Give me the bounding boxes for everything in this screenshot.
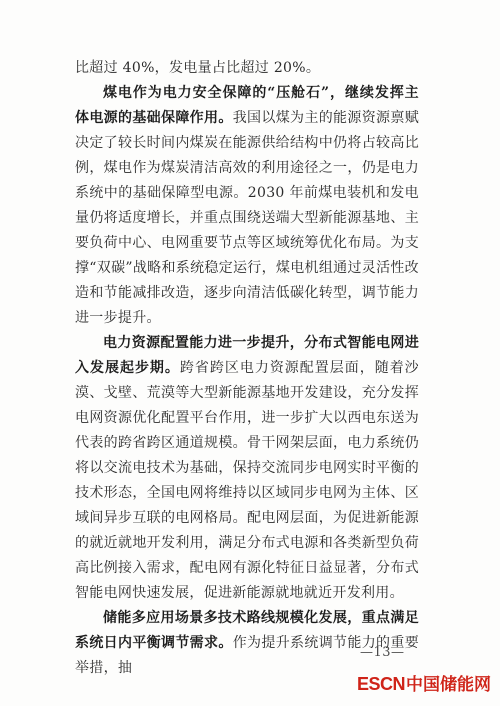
scanned-document-page: 比超过 40%，发电量占比超过 20%。煤电作为电力安全保障的“压舱石”，继续发… [0,0,500,706]
logo-cjk-text: 中国储能网 [406,675,491,695]
paragraph: 煤电作为电力安全保障的“压舱石”，继续发挥主体电源的基础保障作用。我国以煤为主的… [75,81,419,331]
paragraph: 电力资源配置能力进一步提升，分布式智能电网进入发展起步期。跨省跨区电力资源配置层… [75,331,419,606]
paragraph-text: 跨省跨区电力资源配置层面，随着沙漠、戈壁、荒漠等大型新能源基地开发建设，充分发挥… [75,360,419,601]
document-body: 比超过 40%，发电量占比超过 20%。煤电作为电力安全保障的“压舱石”，继续发… [75,56,419,681]
logo-latin-text: ESCN [357,674,405,694]
page-number: —13— [360,645,405,661]
paragraph-text: 我国以煤为主的能源资源禀赋决定了较长时间内煤炭在能源供给结构中仍将占较高比例，煤… [75,110,419,326]
paragraph: 比超过 40%，发电量占比超过 20%。 [75,56,419,81]
escn-logo: ESCN中国储能网 [357,673,491,696]
paragraph-text: 比超过 40%，发电量占比超过 20%。 [75,60,320,76]
paragraph: 储能多应用场景多技术路线规模化发展，重点满足系统日内平衡调节需求。作为提升系统调… [75,606,419,681]
